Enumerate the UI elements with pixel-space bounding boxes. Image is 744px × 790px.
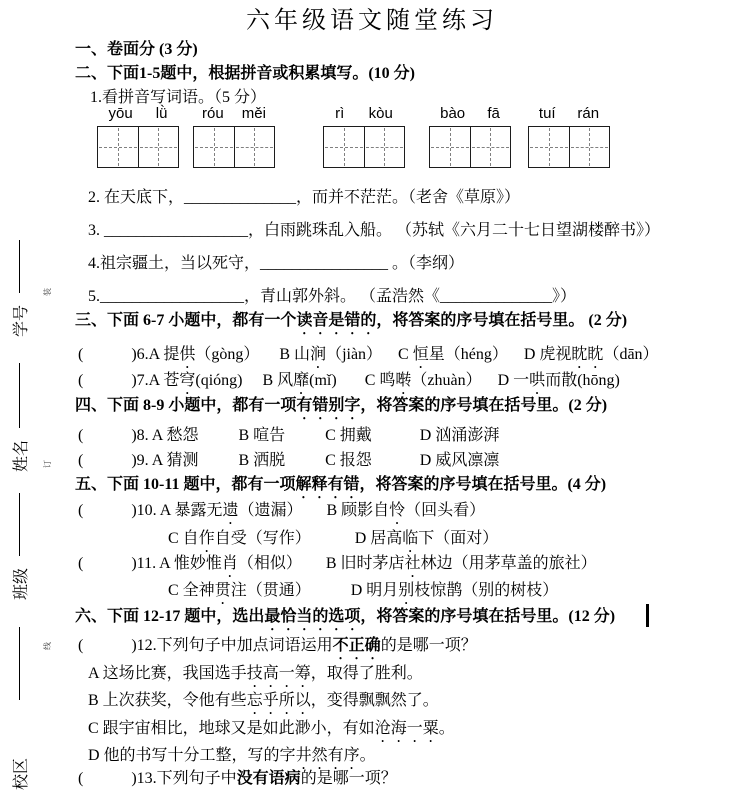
pinyin-group: bàofā bbox=[429, 104, 511, 168]
text-segment: 忘乎所以 bbox=[247, 692, 311, 709]
margin-field-label[interactable]: 姓名 bbox=[8, 440, 31, 472]
text-segment: ，将答案的序号填在括号里。(4 分) bbox=[359, 476, 606, 493]
section-heading-5[interactable]: 五、下面 10-11 题中，都有一项解释有错，将答案的序号填在括号里。(4 分) bbox=[75, 475, 606, 502]
question-12-option-c[interactable]: C 跟宇宙相比，地球又是如此渺小，有如沧海一粟。 bbox=[88, 719, 455, 746]
question-8-row[interactable]: ( )8. A 愁怨 B 喧告 C 拥戴 D 汹涌澎湃 bbox=[78, 426, 499, 446]
pinyin-label: róuměi bbox=[193, 104, 275, 126]
question-4-line[interactable]: 4.祖宗疆土，当以死守，________________ 。（李纲） bbox=[88, 254, 464, 274]
pinyin-syllable: rán bbox=[577, 104, 599, 126]
text-segment: 的是哪一项？ bbox=[301, 770, 397, 787]
text-segment: 。 bbox=[439, 720, 455, 737]
writing-box bbox=[97, 126, 179, 168]
margin-field-label[interactable]: 学号 bbox=[8, 305, 31, 337]
writing-cell[interactable] bbox=[470, 127, 511, 167]
text-segment: 读音是错的 bbox=[296, 312, 376, 329]
fill-line[interactable] bbox=[19, 240, 20, 293]
text-segment: 穹 bbox=[179, 372, 195, 389]
text-segment: 林边（用茅草盖的旅社） bbox=[421, 555, 597, 572]
text-segment: 哄 bbox=[529, 372, 545, 389]
text-segment: 恒 bbox=[413, 346, 429, 363]
pinyin-syllable: rì bbox=[335, 104, 344, 126]
text-segment: ( )11. A 惟妙惟 bbox=[78, 555, 222, 572]
pinyin-syllable: fā bbox=[487, 104, 500, 126]
text-segment: B 上次获奖，令他有些 bbox=[88, 692, 247, 709]
text-segment: 注（贯通） D 明月 bbox=[231, 582, 399, 599]
question-12-stem[interactable]: ( )12.下列句子中加点词语运用不正确的是哪一项？ bbox=[78, 636, 477, 663]
text-cursor bbox=[646, 604, 649, 627]
text-segment: ，将答案的序号填在括号里。 (2 分) bbox=[376, 312, 627, 329]
question-9-row[interactable]: ( )9. A 猜测 B 洒脱 C 报怨 D 威风凛凛 bbox=[78, 451, 499, 471]
fill-line[interactable] bbox=[19, 627, 20, 700]
text-segment: 六、下面 12-17 题中，选出 bbox=[75, 608, 264, 625]
pinyin-syllable: měi bbox=[242, 104, 266, 126]
text-segment: 四、下面 8-9 小题中，都有一项 bbox=[75, 397, 296, 414]
text-segment: 技高一筹 bbox=[247, 665, 311, 682]
text-segment: 解释有错 bbox=[295, 476, 359, 493]
text-segment: ( )12.下列句子中加点词语运用 bbox=[78, 637, 333, 654]
text-segment: （dān） bbox=[603, 346, 658, 363]
pinyin-label: tuírán bbox=[528, 104, 610, 126]
text-segment: ，将答案的序号填在括号里。(2 分) bbox=[360, 397, 607, 414]
writing-box bbox=[193, 126, 275, 168]
text-segment: 枝惊鹊（别的树枝） bbox=[414, 582, 558, 599]
writing-cell[interactable] bbox=[364, 127, 405, 167]
text-segment: 五、下面 10-11 题中，都有一项 bbox=[75, 476, 295, 493]
pinyin-label: yōulǜ bbox=[97, 104, 179, 126]
pinyin-group: tuírán bbox=[528, 104, 610, 168]
fill-line[interactable] bbox=[19, 363, 20, 428]
text-segment: 。 bbox=[360, 747, 376, 764]
text-segment: （zhuàn） D 一 bbox=[411, 372, 529, 389]
section-heading-3[interactable]: 三、下面 6-7 小题中，都有一个读音是错的，将答案的序号填在括号里。 (2 分… bbox=[75, 311, 627, 338]
margin-field-class: 班级 bbox=[8, 493, 30, 600]
pinyin-syllable: lǜ bbox=[156, 104, 168, 126]
text-segment: （回头看） bbox=[405, 502, 485, 519]
question-10-row-1[interactable]: ( )10. A 暴露无遗（遗漏） B 顾影自怜（回头看） bbox=[78, 501, 485, 528]
text-segment: ，将答案的序号填在括号里。(12 分) bbox=[360, 608, 615, 625]
text-segment: 而散(hōng) bbox=[545, 372, 620, 389]
text-segment: 别 bbox=[398, 582, 414, 599]
text-segment: 肖 bbox=[222, 555, 238, 572]
writing-cell[interactable] bbox=[98, 127, 138, 167]
section-heading-1[interactable]: 一、卷面分 (3 分) bbox=[75, 40, 198, 60]
margin-field-label[interactable]: 班级 bbox=[8, 568, 31, 600]
pinyin-group: yōulǜ bbox=[97, 104, 179, 168]
text-segment: 社 bbox=[405, 555, 421, 572]
text-segment: 井然有序 bbox=[296, 747, 360, 764]
text-segment: 三、下面 6-7 小题中，都有一个 bbox=[75, 312, 296, 329]
pinyin-syllable: tuí bbox=[539, 104, 556, 126]
margin-field-name: 姓名 bbox=[8, 363, 30, 472]
writing-cell[interactable] bbox=[234, 127, 275, 167]
writing-box bbox=[429, 126, 511, 168]
text-segment: 的是哪一项？ bbox=[381, 637, 477, 654]
binding-mark: 订 bbox=[44, 460, 52, 468]
section-heading-2[interactable]: 二、下面1-5题中，根据拼音或积累填写。(10 分) bbox=[75, 64, 415, 84]
text-segment: 供 bbox=[179, 346, 195, 363]
question-11-row-2[interactable]: C 全神贯注（贯通） D 明月别枝惊鹊（别的树枝） bbox=[168, 581, 558, 608]
text-segment: （相似） B 旧时茅店 bbox=[238, 555, 405, 572]
pinyin-syllable: kòu bbox=[369, 104, 393, 126]
writing-box bbox=[528, 126, 610, 168]
text-segment: D 他的书写十分工整，写的字 bbox=[88, 747, 296, 764]
question-11-row-1[interactable]: ( )11. A 惟妙惟肖（相似） B 旧时茅店社林边（用茅草盖的旅社） bbox=[78, 554, 597, 581]
text-segment: C 全神 bbox=[168, 582, 215, 599]
writing-cell[interactable] bbox=[529, 127, 569, 167]
writing-cell[interactable] bbox=[138, 127, 179, 167]
question-13-stem[interactable]: ( )13.下列句子中没有语病的是哪一项？ bbox=[78, 769, 397, 789]
writing-cell[interactable] bbox=[569, 127, 610, 167]
question-6-row[interactable]: ( )6.A 提供（gòng） B 山涧（jiàn） C 恒星（héng） D … bbox=[78, 345, 659, 372]
text-segment: (mǐ) C 鸣 bbox=[309, 372, 395, 389]
question-12-option-a[interactable]: A 这场比赛，我国选手技高一筹，取得了胜利。 bbox=[88, 664, 423, 691]
pinyin-syllable: róu bbox=[202, 104, 224, 126]
text-segment: 怜 bbox=[389, 502, 405, 519]
text-segment: C 自 bbox=[168, 530, 199, 547]
margin-field-campus: 校区 bbox=[8, 627, 30, 790]
question-3-line[interactable]: 3. __________________，白雨跳珠乱入船。 （苏轼《六月二十七… bbox=[88, 221, 660, 241]
writing-box bbox=[323, 126, 405, 168]
text-segment: 沧海一粟 bbox=[375, 720, 439, 737]
question-10-row-2[interactable]: C 自作自受（写作） D 居高临下（面对） bbox=[168, 529, 498, 556]
binding-mark: 线 bbox=[44, 642, 52, 650]
text-segment: 有错别字 bbox=[296, 397, 360, 414]
text-segment: 临 bbox=[402, 530, 418, 547]
text-segment: 下（面对） bbox=[418, 530, 498, 547]
section-heading-6[interactable]: 六、下面 12-17 题中，选出最恰当的选项，将答案的序号填在括号里。(12 分… bbox=[75, 607, 615, 634]
pinyin-syllable: bào bbox=[440, 104, 465, 126]
text-segment: ( )6.A 提 bbox=[78, 346, 179, 363]
question-5-line[interactable]: 5.__________________，青山郭外斜。 （孟浩然《_______… bbox=[88, 287, 576, 307]
text-segment: 最恰当的选项 bbox=[264, 608, 360, 625]
writing-cell[interactable] bbox=[324, 127, 364, 167]
text-segment: 靡 bbox=[293, 372, 309, 389]
question-12-option-b[interactable]: B 上次获奖，令他有些忘乎所以，变得飘飘然了。 bbox=[88, 691, 439, 718]
text-segment: 眈眈 bbox=[571, 346, 603, 363]
text-segment: （jiàn） C bbox=[326, 346, 413, 363]
writing-cell[interactable] bbox=[430, 127, 470, 167]
margin-field-student-number: 学号 bbox=[8, 240, 30, 337]
text-segment: 作 bbox=[199, 530, 215, 547]
writing-cell[interactable] bbox=[194, 127, 234, 167]
text-segment: ( )7.A 苍 bbox=[78, 372, 179, 389]
pinyin-label: rìkòu bbox=[323, 104, 405, 126]
text-segment: 不正确 bbox=[333, 637, 381, 654]
exam-document-page: 学号 姓名 班级 校区 装 订 线 六年级语文随堂练习 一、卷面分 (3 分) … bbox=[0, 0, 744, 790]
text-segment: （遗漏） B 顾影自 bbox=[238, 502, 389, 519]
text-segment: 啭 bbox=[395, 372, 411, 389]
page-title[interactable]: 六年级语文随堂练习 bbox=[0, 6, 744, 36]
text-segment: 星（héng） D 虎视 bbox=[429, 346, 572, 363]
text-segment: 贯 bbox=[215, 582, 231, 599]
question-2-line[interactable]: 2. 在天底下，______________，而并不茫茫。（老舍《草原》） bbox=[88, 188, 520, 208]
text-segment: 遗 bbox=[222, 502, 238, 519]
text-segment: 自受（写作） D 居高 bbox=[215, 530, 403, 547]
text-segment: （gòng） B 山 bbox=[195, 346, 310, 363]
text-segment: (qióng) B 风 bbox=[195, 372, 293, 389]
pinyin-label: bàofā bbox=[429, 104, 511, 126]
pinyin-group: róuměi bbox=[193, 104, 275, 168]
text-segment: 没有语病 bbox=[237, 770, 301, 787]
text-segment: ，取得了胜利。 bbox=[311, 665, 423, 682]
section-heading-4[interactable]: 四、下面 8-9 小题中，都有一项有错别字，将答案的序号填在括号里。(2 分) bbox=[75, 396, 607, 423]
binding-mark: 装 bbox=[44, 288, 52, 296]
text-segment: A 这场比赛，我国选手 bbox=[88, 665, 247, 682]
pinyin-group: rìkòu bbox=[323, 104, 405, 168]
text-segment: ，变得飘飘然了。 bbox=[311, 692, 439, 709]
question-7-row[interactable]: ( )7.A 苍穹(qióng) B 风靡(mǐ) C 鸣啭（zhuàn） D … bbox=[78, 371, 620, 398]
text-segment: C 跟宇宙相比，地球又是如此渺小，有如 bbox=[88, 720, 375, 737]
pinyin-syllable: yōu bbox=[109, 104, 133, 126]
text-segment: 涧 bbox=[310, 346, 326, 363]
text-segment: ( )13.下列句子中 bbox=[78, 770, 237, 787]
text-segment: ( )10. A 暴露无 bbox=[78, 502, 222, 519]
pinyin-grids: yōulǜróuměirìkòubàofātuírán bbox=[0, 104, 744, 176]
margin-field-label[interactable]: 校区 bbox=[8, 758, 31, 790]
fill-line[interactable] bbox=[19, 493, 20, 556]
